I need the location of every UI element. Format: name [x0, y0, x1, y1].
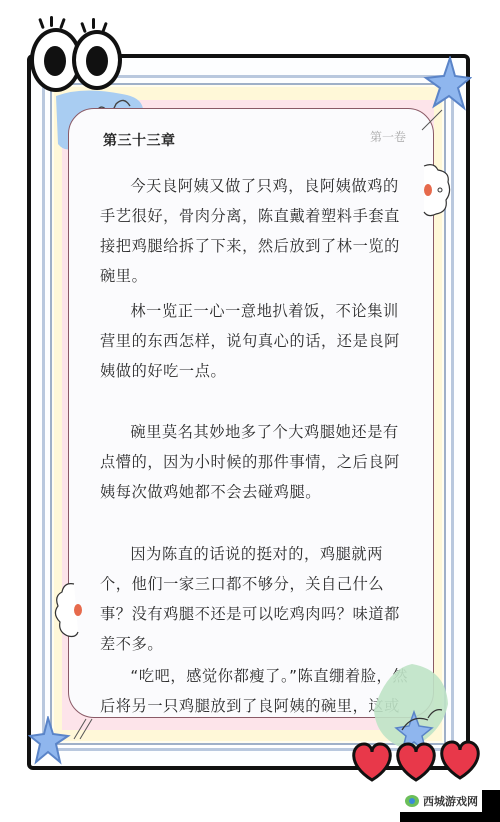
paragraph: 碗里莫名其妙地多了个大鸡腿她还是有点懵的，因为小时候的那件事情，之后良阿姨每次做… [100, 417, 412, 507]
chapter-title: 第三十三章 [103, 130, 176, 150]
bunny-doodle-icon [54, 580, 84, 640]
volume-label: 第一卷 [370, 128, 406, 145]
watermark-text: 西城游戏网 [423, 793, 478, 809]
heart-icon [394, 740, 438, 784]
watermark: 西城游戏网 [400, 790, 482, 812]
heart-icon [438, 738, 482, 782]
paragraph: 因为陈直的话说的挺对的，鸡腿就两个，他们一家三口都不够分，关自己什么事？没有鸡腿… [100, 539, 412, 659]
paragraph: 今天良阿姨又做了只鸡，良阿姨做鸡的手艺很好，骨肉分离，陈直戴着塑料手套直接把鸡腿… [100, 171, 412, 291]
star-icon [422, 56, 472, 112]
cartoon-eyes-icon [30, 16, 130, 106]
bunny-doodle-icon [422, 162, 452, 222]
paragraph: “吃吧，感觉你都瘦了。”陈直绷着脸，然后将另一只鸡腿放到了良阿姨的碗里，这或许 [100, 661, 412, 721]
star-icon [28, 716, 72, 766]
watermark-logo-icon [404, 794, 420, 808]
heart-icon [350, 740, 394, 784]
corner-tick-decoration [68, 715, 98, 741]
paragraph: 林一览正一心一意地扒着饭，不论集训营里的东西怎样，说句真心的话，还是良阿姨做的好… [100, 296, 412, 386]
